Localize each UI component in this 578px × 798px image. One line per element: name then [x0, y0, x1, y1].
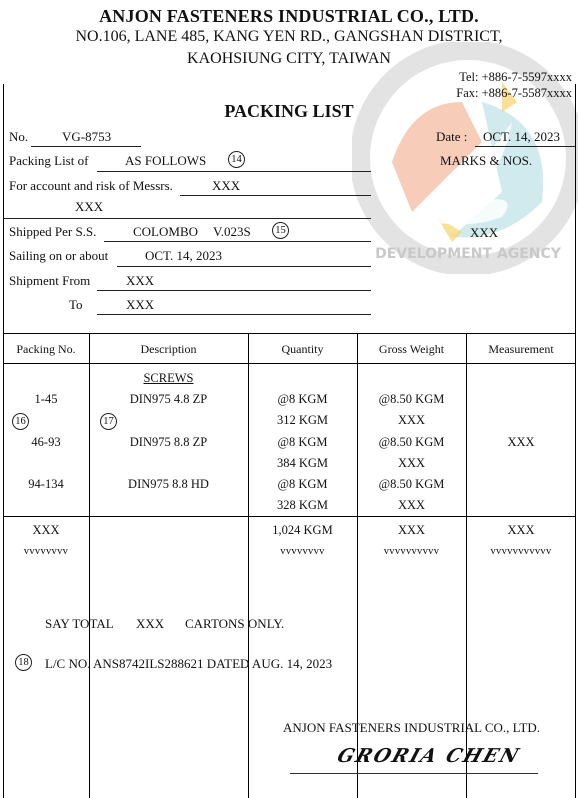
gross-weight-total-cell: XXX: [357, 498, 466, 513]
gross-weight-total-cell: XXX: [357, 413, 466, 428]
shipment-from-value: XXX: [126, 273, 154, 289]
shipped-underline: [104, 241, 371, 242]
quantity-total-cell: 328 KGM: [248, 498, 357, 513]
marks-value: XXX: [470, 225, 498, 241]
shipped-voyage: V.023S: [213, 224, 251, 240]
column-header-measurement: Measurement: [466, 342, 576, 357]
quantity-unit-cell: @8 KGM: [248, 435, 357, 450]
say-total-label: SAY TOTAL: [45, 616, 114, 632]
gross-weight-unit-cell: @8.50 KGM: [357, 477, 466, 492]
total-measurement-mark: vvvvvvvvvvv: [466, 546, 576, 557]
total-quantity: 1,024 KGM: [248, 523, 357, 538]
company-address-line2: KAOHSIUNG CITY, TAIWAN: [0, 50, 578, 68]
sailing-value: OCT. 14, 2023: [145, 248, 222, 264]
packing-list-of-value: AS FOLLOWS: [125, 153, 206, 169]
total-packing-no-mark: vvvvvvvv: [3, 546, 89, 557]
account-value-line2: XXX: [75, 199, 103, 215]
company-tel: Tel: +886-7-5597xxxx: [459, 70, 572, 85]
description-cell: DIN975 8.8 ZP: [89, 435, 248, 450]
shipped-vessel: COLOMBO: [133, 224, 198, 240]
gross-weight-unit-cell: @8.50 KGM: [357, 392, 466, 407]
column-header-description: Description: [89, 342, 248, 357]
quantity-total-cell: 384 KGM: [248, 456, 357, 471]
description-cell: DIN975 4.8 ZP: [89, 392, 248, 407]
shipment-to-value: XXX: [126, 297, 154, 313]
column-header-quantity: Quantity: [248, 342, 357, 357]
total-measurement: XXX: [466, 523, 576, 538]
no-underline: [31, 146, 141, 147]
marker-17-badge: 17: [100, 413, 117, 430]
account-line2-underline: [4, 218, 371, 219]
date-label: Date :: [436, 129, 467, 145]
packing-list-of-underline: [97, 171, 371, 172]
shipment-to-underline: [97, 314, 371, 315]
packing-no-cell: 94-134: [3, 477, 89, 492]
account-underline: [180, 195, 371, 196]
description-cell: DIN975 8.8 HD: [89, 477, 248, 492]
packing-no-cell: 1-45: [3, 392, 89, 407]
quantity-total-cell: 312 KGM: [248, 413, 357, 428]
date-underline: [475, 146, 575, 147]
gross-weight-total-cell: XXX: [357, 456, 466, 471]
account-value: XXX: [212, 178, 240, 194]
marks-label: MARKS & NOS.: [440, 153, 532, 169]
shipment-from-label: Shipment From: [9, 273, 90, 289]
sailing-label: Sailing on or about: [9, 248, 108, 264]
shipment-from-underline: [97, 290, 371, 291]
company-name: ANJON FASTENERS INDUSTRIAL CO., LTD.: [0, 6, 578, 27]
signature-company: ANJON FASTENERS INDUSTRIAL CO., LTD.: [283, 720, 540, 736]
measurement-cell: XXX: [466, 435, 576, 450]
shipped-per-label: Shipped Per S.S.: [9, 224, 96, 240]
say-total-value: XXX: [136, 616, 164, 632]
signature-line: [290, 773, 538, 774]
marker-18-badge: 18: [15, 654, 32, 671]
marker-15-badge: 15: [272, 222, 289, 239]
watermark-ring-text: DEVELOPMENT AGENCY: [375, 246, 562, 262]
shipment-to-label: To: [69, 297, 83, 313]
document-title: PACKING LIST: [0, 101, 578, 122]
column-header-gross-weight: Gross Weight: [357, 342, 466, 357]
lc-reference: L/C NO. ANS8742ILS288621 DATED AUG. 14, …: [45, 656, 332, 672]
total-quantity-mark: vvvvvvvv: [248, 546, 357, 557]
date-value: OCT. 14, 2023: [483, 129, 560, 145]
signature: GRORIA CHEN: [334, 745, 523, 767]
packing-list-of-label: Packing List of: [9, 153, 88, 169]
sailing-underline: [117, 266, 371, 267]
say-total-suffix: CARTONS ONLY.: [185, 616, 284, 632]
account-label: For account and risk of Messrs.: [9, 178, 173, 194]
quantity-unit-cell: @8 KGM: [248, 477, 357, 492]
column-header-packing-no: Packing No.: [3, 342, 89, 357]
marker-16-badge: 16: [12, 413, 29, 430]
description-category: SCREWS: [89, 371, 248, 386]
total-packing-no: XXX: [3, 523, 89, 538]
company-fax: Fax: +886-7-5587xxxx: [456, 86, 572, 101]
quantity-unit-cell: @8 KGM: [248, 392, 357, 407]
no-value: VG-8753: [62, 129, 111, 145]
company-address-line1: NO.106, LANE 485, KANG YEN RD., GANGSHAN…: [0, 28, 578, 46]
marker-14-badge: 14: [228, 151, 245, 168]
gross-weight-unit-cell: @8.50 KGM: [357, 435, 466, 450]
total-gross-weight: XXX: [357, 523, 466, 538]
packing-no-cell: 46-93: [3, 435, 89, 450]
total-gross-weight-mark: vvvvvvvvvv: [357, 546, 466, 557]
no-label: No.: [9, 129, 28, 145]
